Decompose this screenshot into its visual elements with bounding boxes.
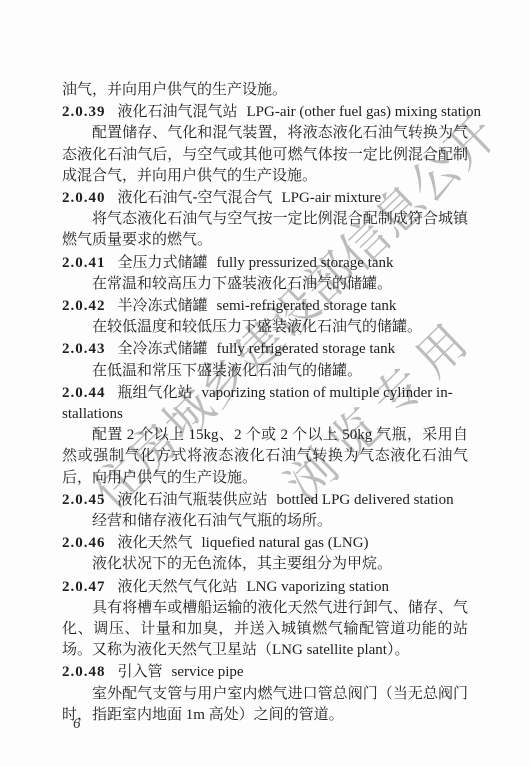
term-en-continuation: stallations <box>62 404 468 425</box>
clause-heading: 2.0.46液化天然气liquefied natural gas (LNG) <box>62 532 468 554</box>
term-zh: 液化石油气瓶装供应站 <box>118 491 268 508</box>
term-zh: 液化天然气 <box>118 534 193 551</box>
term-en: LPG-air (other fuel gas) mixing station <box>247 104 482 120</box>
definition-paragraph: 配置 2 个以上 15kg、2 个或 2 个以上 50kg 气瓶，采用自然或强制… <box>62 425 468 489</box>
definition-paragraph: 配置储存、气化和混气装置，将液态液化石油气转换为气态液化石油气后，与空气或其他可… <box>62 123 468 187</box>
term-zh: 引入管 <box>118 663 163 680</box>
clause-entry: 2.0.39液化石油气混气站LPG-air (other fuel gas) m… <box>62 101 468 187</box>
definition-paragraph: 将气态液化石油气与空气按一定比例混合配制成符合城镇燃气质量要求的燃气。 <box>62 209 468 251</box>
term-zh: 液化石油气混气站 <box>118 103 238 120</box>
definition-paragraph: 在低温和常压下盛装液化石油气的储罐。 <box>62 361 468 382</box>
term-zh: 瓶组气化站 <box>118 384 193 401</box>
clause-number: 2.0.47 <box>62 579 106 595</box>
clause-number: 2.0.39 <box>62 104 106 120</box>
clause-entry: 2.0.42半冷冻式储罐semi-refrigerated storage ta… <box>62 295 468 338</box>
clause-heading: 2.0.44瓶组气化站vaporizing station of multipl… <box>62 382 468 425</box>
term-zh: 液化天然气气化站 <box>118 578 238 595</box>
clause-heading: 2.0.40液化石油气-空气混合气LPG-air mixture <box>62 187 468 209</box>
clause-number: 2.0.41 <box>62 255 106 271</box>
term-zh: 全压力式储罐 <box>118 254 208 271</box>
definition-paragraph: 液化状况下的无色流体，其主要组分为甲烷。 <box>62 554 468 575</box>
term-zh: 全冷冻式储罐 <box>118 340 208 357</box>
clause-heading: 2.0.48引入管service pipe <box>62 661 468 683</box>
page-number: 6 <box>73 716 81 733</box>
definition-paragraph: 经营和储存液化石油气气瓶的场所。 <box>62 511 468 532</box>
clause-number: 2.0.43 <box>62 341 106 357</box>
term-zh: 液化石油气-空气混合气 <box>118 189 273 206</box>
page-body-text: 油气，并向用户供气的生产设施。 2.0.39液化石油气混气站LPG-air (o… <box>62 80 468 726</box>
clause-heading: 2.0.41全压力式储罐fully pressurized storage ta… <box>62 252 468 274</box>
clause-entry: 2.0.40液化石油气-空气混合气LPG-air mixture 将气态液化石油… <box>62 187 468 252</box>
clause-number: 2.0.46 <box>62 535 106 551</box>
term-en: fully refrigerated storage tank <box>217 341 396 357</box>
term-en: vaporizing station of multiple cylinder … <box>202 385 453 401</box>
clause-number: 2.0.48 <box>62 664 106 680</box>
clause-entry: 2.0.48引入管service pipe 室外配气支管与用户室内燃气进口管总阀… <box>62 661 468 726</box>
definition-paragraph: 室外配气支管与用户室内燃气进口管总阀门（当无总阀门时，指距室内地面 1m 高处）… <box>62 684 468 726</box>
term-en: service pipe <box>172 664 244 680</box>
term-en: liquefied natural gas (LNG) <box>202 535 369 551</box>
definition-paragraph: 在常温和较高压力下盛装液化石油气的储罐。 <box>62 274 468 295</box>
term-en: fully pressurized storage tank <box>217 255 394 271</box>
term-en: LPG-air mixture <box>282 190 382 206</box>
clause-entry: 2.0.47液化天然气气化站LNG vaporizing station 具有将… <box>62 576 468 662</box>
clause-number: 2.0.45 <box>62 492 106 508</box>
clause-entry: 2.0.43全冷冻式储罐fully refrigerated storage t… <box>62 338 468 381</box>
clause-entry: 2.0.45液化石油气瓶装供应站bottled LPG delivered st… <box>62 489 468 532</box>
document-page: 住房城乡建设部信息公开 浏览专用 油气，并向用户供气的生产设施。 2.0.39液… <box>0 0 529 766</box>
clause-heading: 2.0.47液化天然气气化站LNG vaporizing station <box>62 576 468 598</box>
clause-number: 2.0.44 <box>62 385 106 401</box>
clause-entry: 2.0.41全压力式储罐fully pressurized storage ta… <box>62 252 468 295</box>
clause-heading: 2.0.43全冷冻式储罐fully refrigerated storage t… <box>62 338 468 360</box>
clause-number: 2.0.42 <box>62 298 106 314</box>
term-en: LNG vaporizing station <box>247 579 389 595</box>
clause-number: 2.0.40 <box>62 190 106 206</box>
term-en: bottled LPG delivered station <box>277 492 454 508</box>
definition-paragraph: 具有将槽车或槽船运输的液化天然气进行卸气、储存、气化、调压、计量和加臭，并送入城… <box>62 598 468 662</box>
clause-entry: 2.0.44瓶组气化站vaporizing station of multipl… <box>62 382 468 489</box>
continuation-paragraph: 油气，并向用户供气的生产设施。 <box>62 80 468 101</box>
definition-paragraph: 在较低温度和较低压力下盛装液化石油气的储罐。 <box>62 317 468 338</box>
clause-heading: 2.0.39液化石油气混气站LPG-air (other fuel gas) m… <box>62 101 468 123</box>
clause-heading: 2.0.45液化石油气瓶装供应站bottled LPG delivered st… <box>62 489 468 511</box>
clause-entry: 2.0.46液化天然气liquefied natural gas (LNG) 液… <box>62 532 468 575</box>
clause-heading: 2.0.42半冷冻式储罐semi-refrigerated storage ta… <box>62 295 468 317</box>
term-en: semi-refrigerated storage tank <box>217 298 397 314</box>
term-zh: 半冷冻式储罐 <box>118 297 208 314</box>
